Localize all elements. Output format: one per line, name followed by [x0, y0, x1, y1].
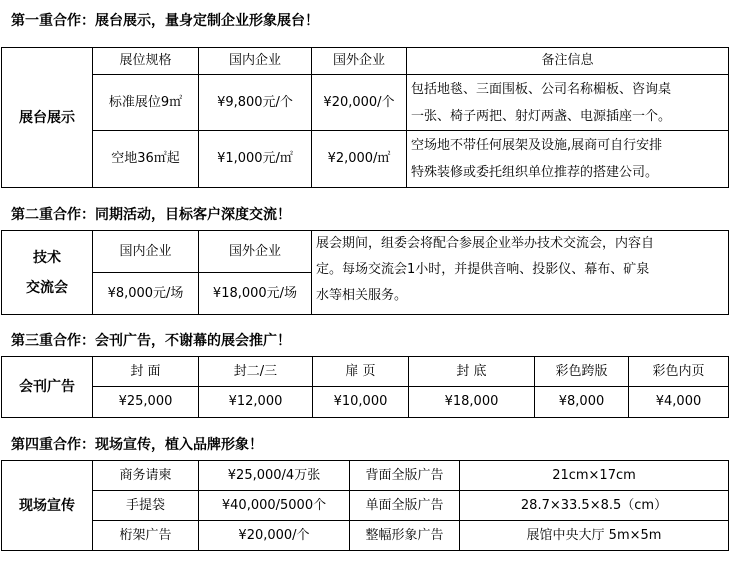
ad-cell: 背面全版广告 — [350, 461, 460, 491]
note-line: 特殊装修或委托组织单位推荐的搭建公司。 — [411, 159, 724, 186]
booth-label: 展台展示 — [2, 48, 93, 188]
header-cover: 封 面 — [93, 357, 199, 387]
table-row: 空地36㎡起 ¥1,000元/㎡ ¥2,000/㎡ 空场地不带任何展架及设施,展… — [2, 131, 729, 188]
header-color-spread: 彩色跨版 — [535, 357, 629, 387]
spec-cell: 展馆中央大厅 5m×5m — [460, 521, 729, 551]
item-cell: 手提袋 — [93, 491, 199, 521]
header-spec: 展位规格 — [93, 48, 199, 75]
ad-cell: 单面全版广告 — [350, 491, 460, 521]
catalog-label: 会刊广告 — [2, 357, 93, 418]
note-line: 水等相关服务。 — [316, 283, 724, 309]
table-row: ¥25,000 ¥12,000 ¥10,000 ¥18,000 ¥8,000 ¥… — [2, 387, 729, 418]
ad-cell: 整幅形象广告 — [350, 521, 460, 551]
seminar-note: 展会期间，组委会将配合参展企业举办技术交流会，内容自 定。每场交流会1小时，并提… — [312, 231, 729, 315]
domestic-price: ¥1,000元/㎡ — [199, 131, 312, 188]
spec-cell: 空地36㎡起 — [93, 131, 199, 188]
price-cover: ¥25,000 — [93, 387, 199, 418]
price-color-inner: ¥4,000 — [629, 387, 729, 418]
seminar-table: 技术 交流会 国内企业 国外企业 展会期间，组委会将配合参展企业举办技术交流会，… — [1, 230, 729, 315]
price-cell: ¥25,000/4万张 — [199, 461, 350, 491]
header-note: 备注信息 — [407, 48, 729, 75]
header-inside-cover: 封二/三 — [199, 357, 313, 387]
section3-heading: 第三重合作：会刊广告，不谢幕的展会推广！ — [11, 332, 291, 350]
header-title-page: 扉 页 — [313, 357, 409, 387]
header-color-inner: 彩色内页 — [629, 357, 729, 387]
note-line: 一张、椅子两把、射灯两盏、电源插座一个。 — [411, 103, 724, 130]
note-cell: 空场地不带任何展架及设施,展商可自行安排 特殊装修或委托组织单位推荐的搭建公司。 — [407, 131, 729, 188]
seminar-label-line2: 交流会 — [2, 273, 92, 303]
foreign-price: ¥2,000/㎡ — [312, 131, 407, 188]
header-domestic: 国内企业 — [199, 48, 312, 75]
onsite-label: 现场宣传 — [2, 461, 93, 551]
section4-heading: 第四重合作：现场宣传，植入品牌形象！ — [11, 436, 263, 454]
header-foreign: 国外企业 — [312, 48, 407, 75]
price-title-page: ¥10,000 — [313, 387, 409, 418]
domestic-price: ¥8,000元/场 — [93, 273, 199, 315]
spec-cell: 21cm×17cm — [460, 461, 729, 491]
foreign-price: ¥20,000/个 — [312, 75, 407, 131]
note-line: 包括地毯、三面围板、公司名称楣板、咨询桌 — [411, 76, 724, 103]
item-cell: 桁架广告 — [93, 521, 199, 551]
section1-heading: 第一重合作：展台展示，量身定制企业形象展台！ — [11, 12, 319, 30]
note-line: 空场地不带任何展架及设施,展商可自行安排 — [411, 132, 724, 159]
item-cell: 商务请柬 — [93, 461, 199, 491]
note-cell: 包括地毯、三面围板、公司名称楣板、咨询桌 一张、椅子两把、射灯两盏、电源插座一个… — [407, 75, 729, 131]
table-row: 现场宣传 商务请柬 ¥25,000/4万张 背面全版广告 21cm×17cm — [2, 461, 729, 491]
foreign-price: ¥18,000元/场 — [199, 273, 312, 315]
domestic-price: ¥9,800元/个 — [199, 75, 312, 131]
price-cell: ¥40,000/5000个 — [199, 491, 350, 521]
section2-heading: 第二重合作：同期活动，目标客户深度交流！ — [11, 206, 291, 224]
price-cell: ¥20,000/个 — [199, 521, 350, 551]
table-row: 标准展位9㎡ ¥9,800元/个 ¥20,000/个 包括地毯、三面围板、公司名… — [2, 75, 729, 131]
spec-cell: 标准展位9㎡ — [93, 75, 199, 131]
onsite-promo-table: 现场宣传 商务请柬 ¥25,000/4万张 背面全版广告 21cm×17cm 手… — [1, 460, 729, 551]
header-back-cover: 封 底 — [409, 357, 535, 387]
note-line: 定。每场交流会1小时，并提供音响、投影仪、幕布、矿泉 — [316, 257, 724, 283]
spec-cell: 28.7×33.5×8.5（cm） — [460, 491, 729, 521]
booth-table: 展台展示 展位规格 国内企业 国外企业 备注信息 标准展位9㎡ ¥9,800元/… — [1, 47, 729, 188]
seminar-label: 技术 交流会 — [2, 231, 93, 315]
seminar-label-line1: 技术 — [2, 243, 92, 273]
catalog-ad-table: 会刊广告 封 面 封二/三 扉 页 封 底 彩色跨版 彩色内页 ¥25,000 … — [1, 356, 729, 418]
header-domestic: 国内企业 — [93, 231, 199, 273]
price-inside-cover: ¥12,000 — [199, 387, 313, 418]
table-row: 手提袋 ¥40,000/5000个 单面全版广告 28.7×33.5×8.5（c… — [2, 491, 729, 521]
note-line: 展会期间，组委会将配合参展企业举办技术交流会，内容自 — [316, 231, 724, 257]
price-back-cover: ¥18,000 — [409, 387, 535, 418]
price-color-spread: ¥8,000 — [535, 387, 629, 418]
header-foreign: 国外企业 — [199, 231, 312, 273]
table-row: 桁架广告 ¥20,000/个 整幅形象广告 展馆中央大厅 5m×5m — [2, 521, 729, 551]
